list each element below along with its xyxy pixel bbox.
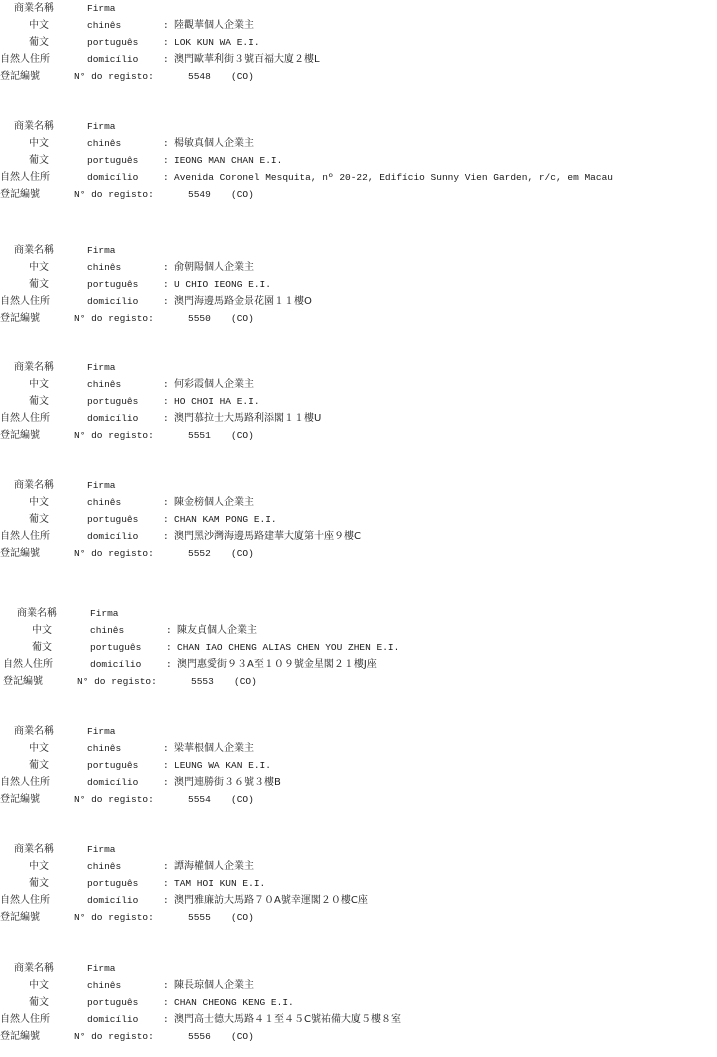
chinese-name-value: 俞朝陽個人企業主 (174, 259, 254, 276)
chinese-name-value: 陸觀華個人企業主 (174, 17, 254, 34)
chinese-label-pt: chinês (87, 858, 121, 875)
chinese-name-value: 梁華根個人企業主 (174, 740, 254, 757)
colon: : (166, 656, 172, 673)
chinese-label-zh: 中文 (29, 858, 49, 875)
colon: : (163, 276, 169, 293)
chinese-name-value: 楊敏真個人企業主 (174, 135, 254, 152)
colon: : (163, 1011, 169, 1028)
domicilio-label-pt: domicílio (87, 528, 138, 545)
domicilio-label-pt: domicílio (87, 892, 138, 909)
firma-label-zh: 商業名稱 (14, 118, 54, 135)
registo-label-pt: N° do registo: (74, 68, 154, 85)
domicilio-value: 澳門黑沙灣海邊馬路建華大廈第十座９樓C (174, 528, 361, 545)
portuguese-label-zh: 葡文 (29, 875, 49, 892)
chinese-label-zh: 中文 (29, 977, 49, 994)
portuguese-label-zh: 葡文 (29, 757, 49, 774)
portuguese-label-pt: português (87, 276, 138, 293)
portuguese-name-value: HO CHOI HA E.I. (174, 393, 260, 410)
chinese-name-value: 何彩霞個人企業主 (174, 376, 254, 393)
domicilio-label-zh: 自然人住所 (0, 293, 50, 310)
colon: : (163, 994, 169, 1011)
chinese-label-zh: 中文 (29, 17, 49, 34)
chinese-label-pt: chinês (90, 622, 124, 639)
chinese-label-pt: chinês (87, 977, 121, 994)
registo-label-zh: 登記編號 (0, 909, 40, 926)
chinese-name-value: 陳長琼個人企業主 (174, 977, 254, 994)
registo-label-pt: N° do registo: (74, 791, 154, 808)
firma-label-pt: Firma (87, 0, 116, 17)
colon: : (163, 410, 169, 427)
colon: : (163, 51, 169, 68)
registo-number: 5555 (188, 909, 211, 926)
colon: : (163, 494, 169, 511)
registo-label-pt: N° do registo: (74, 909, 154, 926)
firma-label-zh: 商業名稱 (14, 477, 54, 494)
domicilio-label-pt: domicílio (87, 51, 138, 68)
firma-label-zh: 商業名稱 (14, 0, 54, 17)
domicilio-label-zh: 自然人住所 (0, 1011, 50, 1028)
colon: : (163, 393, 169, 410)
colon: : (163, 892, 169, 909)
chinese-label-zh: 中文 (29, 494, 49, 511)
registo-number: 5551 (188, 427, 211, 444)
portuguese-label-zh: 葡文 (29, 34, 49, 51)
chinese-label-zh: 中文 (29, 135, 49, 152)
registo-label-pt: N° do registo: (74, 1028, 154, 1045)
registo-type: (CO) (231, 427, 254, 444)
firma-label-pt: Firma (90, 605, 119, 622)
domicilio-label-zh: 自然人住所 (0, 410, 50, 427)
registo-number: 5549 (188, 186, 211, 203)
portuguese-label-zh: 葡文 (29, 276, 49, 293)
domicilio-label-pt: domicílio (87, 774, 138, 791)
colon: : (163, 135, 169, 152)
colon: : (166, 639, 172, 656)
domicilio-value: 澳門歐華利街３號百福大廈２樓L (174, 51, 320, 68)
firma-label-pt: Firma (87, 723, 116, 740)
colon: : (166, 622, 172, 639)
registo-label-zh: 登記編號 (3, 673, 43, 690)
portuguese-label-pt: português (90, 639, 141, 656)
chinese-name-value: 陳金榜個人企業主 (174, 494, 254, 511)
domicilio-value: 澳門海邊馬路金景花園１１樓O (174, 293, 312, 310)
domicilio-value: 澳門雅廉訪大馬路７０A號幸運閣２０樓C座 (174, 892, 368, 909)
firma-label-pt: Firma (87, 242, 116, 259)
domicilio-value: 澳門高士德大馬路４１至４５C號祐備大廈５樓８室 (174, 1011, 401, 1028)
domicilio-label-zh: 自然人住所 (0, 528, 50, 545)
portuguese-name-value: IEONG MAN CHAN E.I. (174, 152, 282, 169)
colon: : (163, 858, 169, 875)
portuguese-label-pt: português (87, 34, 138, 51)
portuguese-name-value: LOK KUN WA E.I. (174, 34, 260, 51)
firma-label-pt: Firma (87, 960, 116, 977)
registo-type: (CO) (234, 673, 257, 690)
registo-label-zh: 登記編號 (0, 791, 40, 808)
domicilio-label-pt: domicílio (87, 293, 138, 310)
domicilio-label-pt: domicílio (87, 1011, 138, 1028)
portuguese-label-pt: português (87, 393, 138, 410)
firma-label-zh: 商業名稱 (14, 841, 54, 858)
firma-label-zh: 商業名稱 (17, 605, 57, 622)
colon: : (163, 169, 169, 186)
domicilio-label-zh: 自然人住所 (0, 892, 50, 909)
registo-type: (CO) (231, 68, 254, 85)
registo-type: (CO) (231, 909, 254, 926)
registo-number: 5552 (188, 545, 211, 562)
firma-label-zh: 商業名稱 (14, 242, 54, 259)
firma-label-pt: Firma (87, 118, 116, 135)
registo-number: 5550 (188, 310, 211, 327)
portuguese-label-pt: português (87, 511, 138, 528)
domicilio-label-zh: 自然人住所 (3, 656, 53, 673)
registo-type: (CO) (231, 1028, 254, 1045)
registo-label-zh: 登記編號 (0, 310, 40, 327)
portuguese-name-value: LEUNG WA KAN E.I. (174, 757, 271, 774)
colon: : (163, 740, 169, 757)
domicilio-label-pt: domicílio (90, 656, 141, 673)
registo-number: 5554 (188, 791, 211, 808)
registo-label-zh: 登記編號 (0, 68, 40, 85)
chinese-label-pt: chinês (87, 376, 121, 393)
colon: : (163, 376, 169, 393)
chinese-label-pt: chinês (87, 135, 121, 152)
domicilio-value: 澳門慕拉士大馬路利添閣１１樓U (174, 410, 321, 427)
firma-label-pt: Firma (87, 841, 116, 858)
chinese-label-pt: chinês (87, 259, 121, 276)
registo-label-pt: N° do registo: (74, 186, 154, 203)
colon: : (163, 34, 169, 51)
chinese-name-value: 陳友貞個人企業主 (177, 622, 257, 639)
registo-label-pt: N° do registo: (74, 310, 154, 327)
colon: : (163, 977, 169, 994)
portuguese-name-value: CHAN CHEONG KENG E.I. (174, 994, 294, 1011)
colon: : (163, 774, 169, 791)
domicilio-label-pt: domicílio (87, 169, 138, 186)
colon: : (163, 528, 169, 545)
colon: : (163, 757, 169, 774)
portuguese-label-pt: português (87, 875, 138, 892)
chinese-label-zh: 中文 (29, 259, 49, 276)
portuguese-label-pt: português (87, 994, 138, 1011)
registo-label-pt: N° do registo: (74, 545, 154, 562)
domicilio-value: 澳門惠愛街９３A至１０９號金星閣２１樓J座 (177, 656, 377, 673)
chinese-label-pt: chinês (87, 740, 121, 757)
domicilio-label-zh: 自然人住所 (0, 169, 50, 186)
portuguese-name-value: TAM HOI KUN E.I. (174, 875, 265, 892)
domicilio-label-zh: 自然人住所 (0, 51, 50, 68)
firma-label-zh: 商業名稱 (14, 359, 54, 376)
firma-label-zh: 商業名稱 (14, 960, 54, 977)
portuguese-label-zh: 葡文 (29, 511, 49, 528)
firma-label-zh: 商業名稱 (14, 723, 54, 740)
chinese-label-zh: 中文 (29, 740, 49, 757)
registo-label-pt: N° do registo: (74, 427, 154, 444)
registo-type: (CO) (231, 310, 254, 327)
chinese-label-zh: 中文 (32, 622, 52, 639)
registo-label-zh: 登記編號 (0, 186, 40, 203)
domicilio-label-pt: domicílio (87, 410, 138, 427)
colon: : (163, 259, 169, 276)
registo-label-zh: 登記編號 (0, 1028, 40, 1045)
registo-type: (CO) (231, 545, 254, 562)
colon: : (163, 17, 169, 34)
colon: : (163, 293, 169, 310)
chinese-name-value: 譚海權個人企業主 (174, 858, 254, 875)
colon: : (163, 511, 169, 528)
chinese-label-zh: 中文 (29, 376, 49, 393)
registo-number: 5556 (188, 1028, 211, 1045)
chinese-label-pt: chinês (87, 494, 121, 511)
registo-label-zh: 登記編號 (0, 427, 40, 444)
colon: : (163, 152, 169, 169)
portuguese-name-value: CHAN IAO CHENG ALIAS CHEN YOU ZHEN E.I. (177, 639, 399, 656)
domicilio-value: Avenida Coronel Mesquita, nº 20-22, Edif… (174, 169, 613, 186)
domicilio-label-zh: 自然人住所 (0, 774, 50, 791)
registo-type: (CO) (231, 186, 254, 203)
portuguese-label-zh: 葡文 (29, 393, 49, 410)
registo-type: (CO) (231, 791, 254, 808)
firma-label-pt: Firma (87, 477, 116, 494)
chinese-label-pt: chinês (87, 17, 121, 34)
portuguese-label-pt: português (87, 757, 138, 774)
portuguese-label-pt: português (87, 152, 138, 169)
portuguese-label-zh: 葡文 (29, 994, 49, 1011)
portuguese-label-zh: 葡文 (32, 639, 52, 656)
registo-number: 5548 (188, 68, 211, 85)
registo-label-zh: 登記編號 (0, 545, 40, 562)
registo-label-pt: N° do registo: (77, 673, 157, 690)
registo-number: 5553 (191, 673, 214, 690)
domicilio-value: 澳門連勝街３６號３樓B (174, 774, 281, 791)
portuguese-name-value: CHAN KAM PONG E.I. (174, 511, 277, 528)
portuguese-name-value: U CHIO IEONG E.I. (174, 276, 271, 293)
colon: : (163, 875, 169, 892)
portuguese-label-zh: 葡文 (29, 152, 49, 169)
firma-label-pt: Firma (87, 359, 116, 376)
